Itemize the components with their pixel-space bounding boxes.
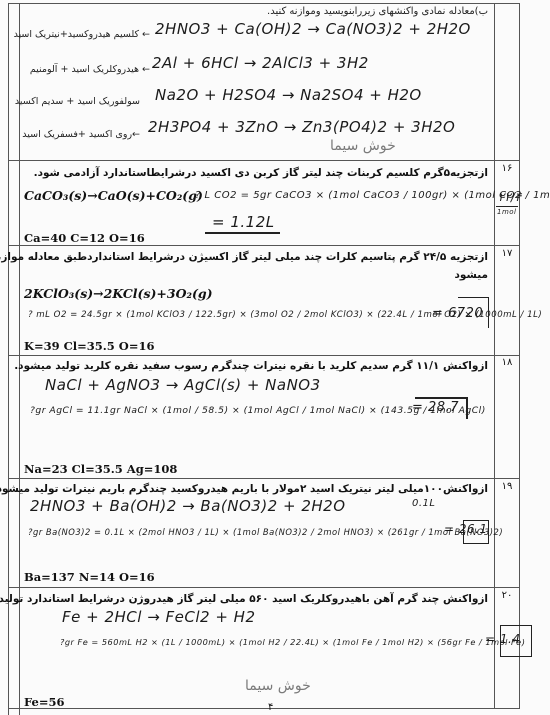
page-number: ۴ — [268, 702, 273, 713]
atomic-masses: Ba=137 N=14 O=16 — [24, 570, 155, 584]
row-divider — [8, 245, 520, 246]
frame-left-outer — [8, 3, 9, 715]
question-text: ازتجزیه۵گرم کلسیم کربنات چند لیتر گاز کر… — [34, 167, 488, 179]
side-note-bar — [496, 206, 518, 207]
frame-top — [8, 3, 496, 4]
frame-top-right — [494, 3, 519, 4]
reaction-equation: NaCl + AgNO3 → AgCl(s) + NaNO3 — [45, 376, 321, 394]
question-number: ۲۰ — [496, 590, 518, 601]
calculation-work: ?gr Fe = 560mL H2 × (1L / 1000mL) × (1mo… — [60, 637, 525, 647]
question-text: ازتجزیه ۲۴/۵ گرم پتاسیم کلرات چند میلی ل… — [0, 251, 488, 263]
question-number: ۱۷ — [496, 248, 518, 259]
reaction-equation: 2KClO₃(s)→2KCl(s)+3O₂(g) — [24, 286, 213, 301]
answer: = 28.7 — [412, 400, 459, 415]
reaction-words: ←روی اکسید +فسفریک اسید — [22, 129, 140, 140]
signature: خوش سیما — [245, 678, 311, 694]
reaction-words: سولفوریک اسید + سدیم اکسید — [15, 96, 140, 107]
question-text-cont: میشود — [455, 269, 488, 281]
side-note: ۲۲/۴ — [498, 190, 521, 204]
frame-bottom — [8, 708, 520, 709]
question-text: ازواکنش ۱۱/۱ گرم سدیم کلرید با نقره نیتر… — [14, 360, 488, 372]
reaction-answer: 2HNO3 + Ca(OH)2 → Ca(NO3)2 + 2H2O — [155, 20, 471, 38]
answer-underline — [205, 232, 280, 234]
reaction-answer: 2H3PO4 + 3ZnO → Zn3(PO4)2 + 3H2O — [148, 118, 455, 136]
reaction-words: ← کلسیم هیدروکسید+نیتریک اسید — [14, 29, 150, 40]
atomic-masses: Fe=56 — [24, 695, 65, 709]
reaction-equation: Fe + 2HCl → FeCl2 + H2 — [62, 608, 256, 626]
atomic-masses: K=39 Cl=35.5 O=16 — [24, 339, 154, 353]
calculation-work: ?gr Ba(NO3)2 = 0.1L × (2mol HNO3 / 1L) ×… — [28, 527, 503, 537]
side-note-den: 1mol — [497, 208, 517, 216]
question-number: ۱۹ — [496, 481, 518, 492]
reaction-answer: 2Al + 6HCl → 2AlCl3 + 3H2 — [152, 54, 369, 72]
reaction-equation: CaCO₃(s)→CaO(s)+CO₂(g) — [24, 188, 203, 203]
reaction-words: ← هیدروکلریک اسید + آلومنیم — [30, 64, 150, 75]
row-divider — [8, 478, 520, 479]
question-text: ازواکنش۱۰۰میلی لیتر نیتریک اسید ۲مولار ب… — [0, 483, 488, 495]
atomic-masses: Ca=40 C=12 O=16 — [24, 231, 145, 245]
row-divider — [8, 160, 520, 161]
calculation-work: ? L CO2 = 5gr CaCO3 × (1mol CaCO3 / 100g… — [195, 190, 550, 201]
reaction-answer: Na2O + H2SO4 → Na2SO4 + H2O — [155, 86, 422, 104]
question-text: ازواکنش چند گرم آهن باهیدروکلریک اسید ۵۶… — [0, 593, 488, 605]
part-b-instruction: ب)معادله نمادی واکنشهای زیررابنویسید ومو… — [267, 6, 488, 17]
answer: = 1.4 — [485, 632, 520, 646]
answer-bracket — [466, 397, 468, 419]
atomic-masses: Na=23 Cl=35.5 Ag=108 — [24, 462, 177, 476]
answer: = 26.1 — [444, 522, 488, 536]
answer: = 6720 — [432, 306, 483, 321]
row-divider — [8, 587, 520, 588]
question-number: ۱۸ — [496, 357, 518, 368]
signature: خوش سیما — [330, 138, 396, 154]
answer-overline — [415, 397, 467, 399]
frame-right-upper — [519, 3, 520, 163]
question-number: ۱۶ — [496, 163, 518, 174]
note-under: 0.1L — [412, 498, 435, 509]
row-divider — [8, 355, 520, 356]
reaction-equation: 2HNO3 + Ba(OH)2 → Ba(NO3)2 + 2H2O — [30, 497, 346, 515]
frame-left-inner — [19, 3, 20, 715]
answer: = 1.12L — [212, 213, 275, 231]
worksheet-page: ب)معادله نمادی واکنشهای زیررابنویسید ومو… — [0, 0, 550, 715]
